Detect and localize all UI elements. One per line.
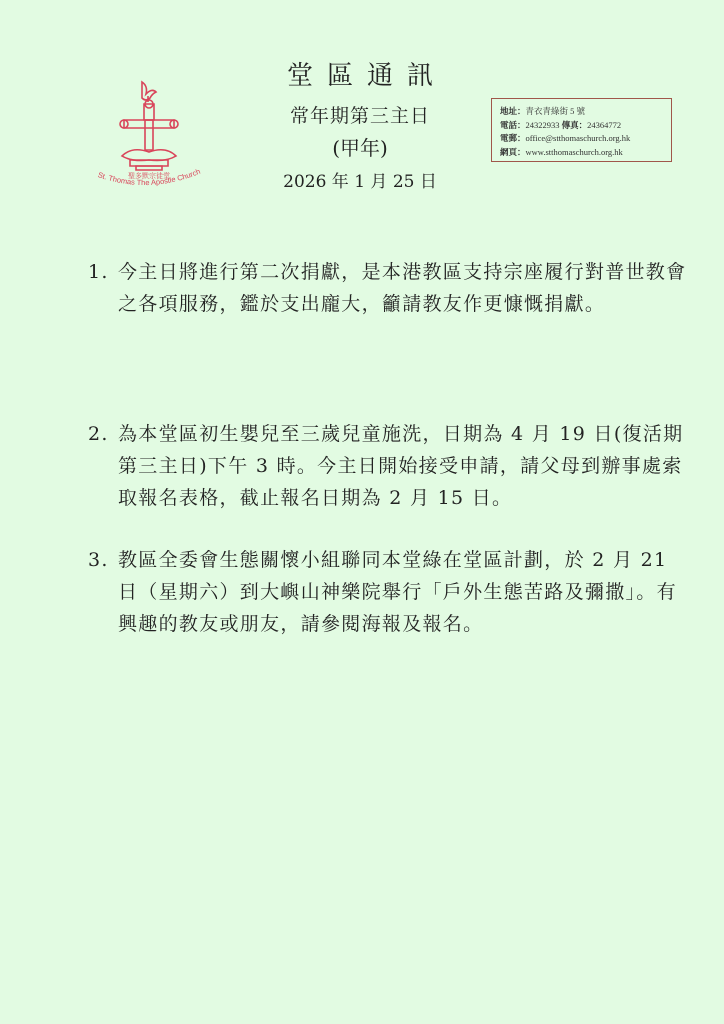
page-title: 堂區通訊 bbox=[254, 58, 480, 94]
announcement-item: 2. 為本堂區初生嬰兒至三歲兒童施洗，日期為 4 月 19 日(復活期第三主日)… bbox=[88, 418, 688, 514]
email-link[interactable]: office@stthomaschurch.org.hk bbox=[526, 133, 631, 143]
newsletter-header: 堂區通訊 常年期第三主日 (甲年) 2026 年 1 月 25 日 bbox=[240, 58, 480, 196]
website-link[interactable]: www.stthomaschurch.org.hk bbox=[526, 147, 623, 157]
newsletter-date: 2026 年 1 月 25 日 bbox=[240, 168, 480, 196]
church-logo: 聖多默宗徒堂 St. Thomas The Apostle Church bbox=[84, 74, 214, 194]
email-line: 電郵：office@stthomaschurch.org.hk bbox=[500, 132, 663, 146]
year-cycle: (甲年) bbox=[240, 134, 480, 162]
contact-box: 地址：青衣青綠街 5 號 電話：24322933 傳真：24364772 電郵：… bbox=[491, 98, 672, 162]
announcement-item: 1. 今主日將進行第二次捐獻，是本港教區支持宗座履行對普世教會之各項服務，鑑於支… bbox=[88, 256, 688, 320]
cross-emblem-icon: 聖多默宗徒堂 St. Thomas The Apostle Church bbox=[84, 74, 214, 194]
phone-line: 電話：24322933 傳真：24364772 bbox=[500, 119, 663, 133]
address-line: 地址：青衣青綠街 5 號 bbox=[500, 105, 663, 119]
liturgical-day: 常年期第三主日 bbox=[240, 102, 480, 130]
announcement-item: 3. 教區全委會生態關懷小組聯同本堂綠在堂區計劃，於 2 月 21 日（星期六）… bbox=[88, 544, 688, 640]
website-line: 網頁：www.stthomaschurch.org.hk bbox=[500, 146, 663, 160]
